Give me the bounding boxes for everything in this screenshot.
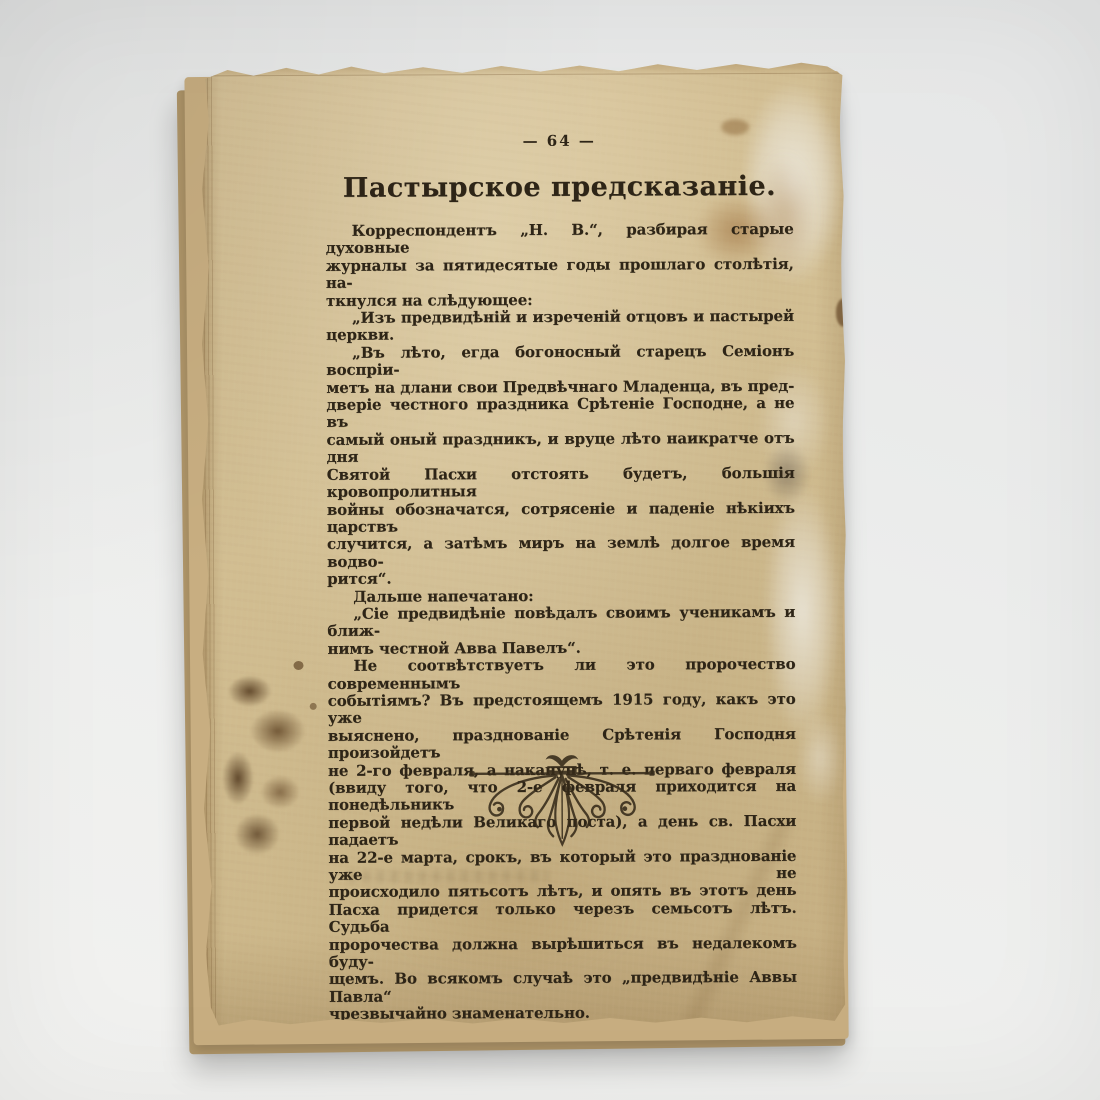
stain (250, 709, 306, 753)
text-line: самый оный праздникъ, и вруце лѣто наикр… (326, 430, 794, 467)
stain (836, 299, 850, 327)
text-line: на 22-е марта, срокъ, въ который это пра… (328, 847, 796, 884)
stain (293, 661, 303, 670)
text-line: журналы за пятидесятые годы прошлаго сто… (326, 256, 794, 293)
text-line: „Изъ предвидѣній и изреченій отцовъ и па… (326, 308, 794, 327)
text-line: рится“. (327, 569, 795, 588)
text-column: — 64 — Пастырское предсказаніе. Корреспо… (325, 61, 797, 1031)
stain (228, 675, 272, 707)
text-line: Святой Пасхи отстоять будетъ, большія кр… (327, 465, 795, 502)
photo-background: — 64 — Пастырское предсказаніе. Корреспо… (0, 0, 1100, 1100)
stain (222, 751, 254, 805)
text-line: случится, а затѣмъ миръ на землѣ долгое … (327, 534, 795, 571)
booklet: — 64 — Пастырское предсказаніе. Корреспо… (195, 61, 851, 1032)
body-text: Корреспондентъ „Н. В.“, разбирая старые … (326, 221, 797, 1024)
text-line: Пасха придется только черезъ семьсотъ лѣ… (329, 900, 797, 937)
text-line: событіямъ? Въ предстоящемъ 1915 году, ка… (328, 691, 796, 728)
page-number: — 64 — (325, 131, 793, 151)
stain (260, 775, 300, 809)
worn-patch (796, 711, 844, 806)
text-line: дверіе честного праздника Срѣтеніе Госпо… (326, 395, 794, 432)
text-line: „Сіе предвидѣніе повѣдалъ своимъ ученика… (327, 604, 795, 641)
page: — 64 — Пастырское предсказаніе. Корреспо… (195, 61, 851, 1032)
text-line: войны обозначатся, сотрясеніе и паденіе … (327, 499, 795, 536)
text-line: пророчества должна вырѣшиться въ недалек… (329, 934, 797, 971)
text-line: „Въ лѣто, егда богоносный старецъ Семіон… (326, 343, 794, 380)
text-line: Корреспондентъ „Н. В.“, разбирая старые … (326, 221, 794, 258)
stain (234, 813, 280, 855)
text-line: щемъ. Во всякомъ случаѣ это „предвидѣніе… (329, 969, 797, 1006)
page-title: Пастырское предсказаніе. (325, 171, 793, 204)
flourish-ornament-icon (462, 747, 662, 852)
text-line: Не соотвѣтствуетъ ли это пророчество сов… (327, 656, 795, 693)
stain (310, 703, 317, 710)
